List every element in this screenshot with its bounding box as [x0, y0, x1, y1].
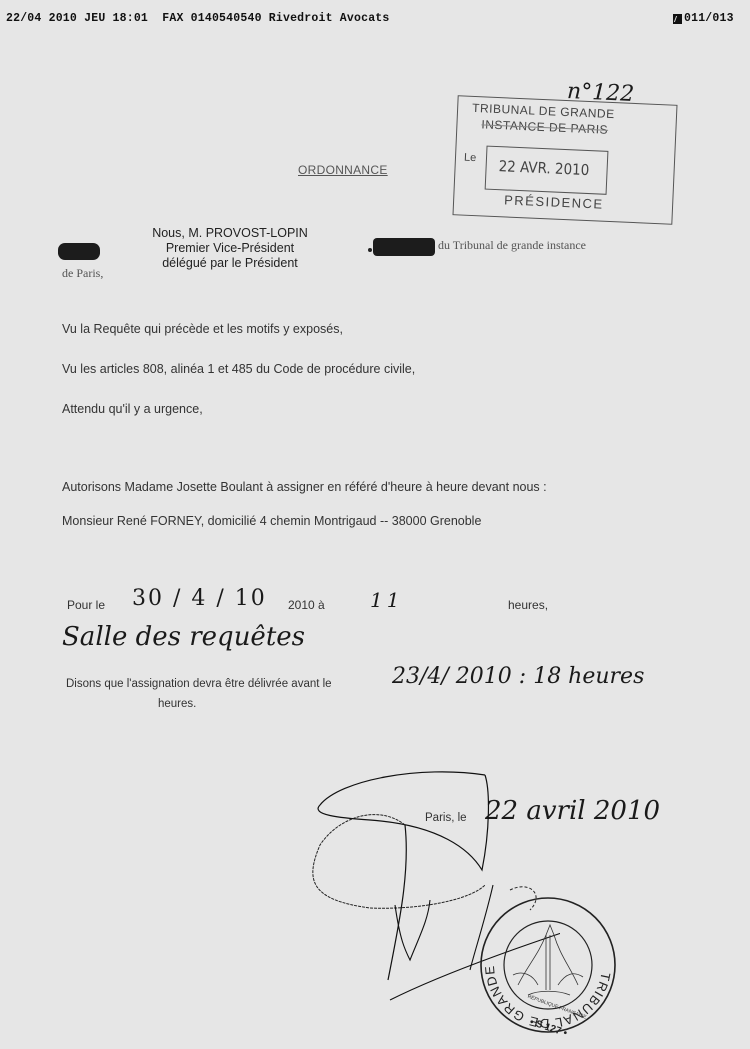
- bullet-dot: [368, 248, 372, 252]
- redaction-right: [373, 238, 435, 256]
- reception-stamp: n°122 TRIBUNAL DE GRANDE INSTANCE DE PAR…: [452, 95, 677, 224]
- fax-number: FAX 0140540540: [162, 12, 261, 25]
- stamp-line2: INSTANCE DE PARIS: [481, 117, 608, 137]
- judge-block: Nous, M. PROVOST-LOPIN Premier Vice-Prés…: [140, 226, 320, 271]
- stamp-handwritten-ref: n°122: [566, 79, 634, 107]
- judge-delegation: délégué par le Président: [140, 256, 320, 271]
- court-name: du Tribunal de grande instance: [438, 238, 586, 253]
- stamp-date-box: 22 AVR. 2010: [485, 146, 609, 195]
- stamp-date: 22 AVR. 2010: [498, 157, 589, 179]
- document-title: ORDONNANCE: [298, 163, 388, 177]
- defendant-text: Monsieur René FORNEY, domicilié 4 chemin…: [62, 514, 481, 528]
- hearing-hour-handwritten: 11: [370, 588, 403, 612]
- fax-sender: Rivedroit Avocats: [269, 12, 390, 25]
- fax-date: 22/04 2010: [6, 12, 77, 25]
- paragraph-urgence: Attendu qu'il y a urgence,: [62, 402, 203, 416]
- paragraph-requete: Vu la Requête qui précède et les motifs …: [62, 322, 343, 336]
- stamp-department: PRÉSIDENCE: [504, 192, 604, 211]
- delivery-heures-label: heures.: [158, 698, 196, 710]
- stamp-le-label: Le: [464, 152, 477, 165]
- pour-le-label: Pour le: [67, 598, 105, 612]
- fax-page-icon: [673, 14, 682, 24]
- year-label: 2010 à: [288, 598, 325, 612]
- redaction-left: [58, 243, 100, 260]
- court-seal: TRIBUNAL DE GRANDE INSTANCE DE PARIS RÉP…: [478, 895, 618, 1035]
- authorization-text: Autorisons Madame Josette Boulant à assi…: [62, 480, 547, 494]
- judge-name: Nous, M. PROVOST-LOPIN: [140, 226, 320, 241]
- heures-label: heures,: [508, 598, 548, 612]
- fax-header: 22/04 2010 JEU 18:01 FAX 0140540540 Rive…: [6, 12, 390, 25]
- fax-day-time: JEU 18:01: [84, 12, 148, 25]
- fax-page-counter: 011/013: [673, 12, 734, 25]
- paragraph-articles: Vu les articles 808, alinéa 1 et 485 du …: [62, 362, 415, 376]
- court-city: de Paris,: [62, 266, 103, 281]
- fax-page-number: 011/013: [684, 12, 734, 25]
- delivery-text: Disons que l'assignation devra être déli…: [66, 678, 332, 690]
- room-handwritten: Salle des requêtes: [62, 622, 305, 652]
- delivery-date-handwritten: 23/4/ 2010 : 18 heures: [392, 664, 644, 689]
- hearing-date-handwritten: 30 / 4 / 10: [132, 586, 267, 611]
- judge-title: Premier Vice-Président: [140, 241, 320, 256]
